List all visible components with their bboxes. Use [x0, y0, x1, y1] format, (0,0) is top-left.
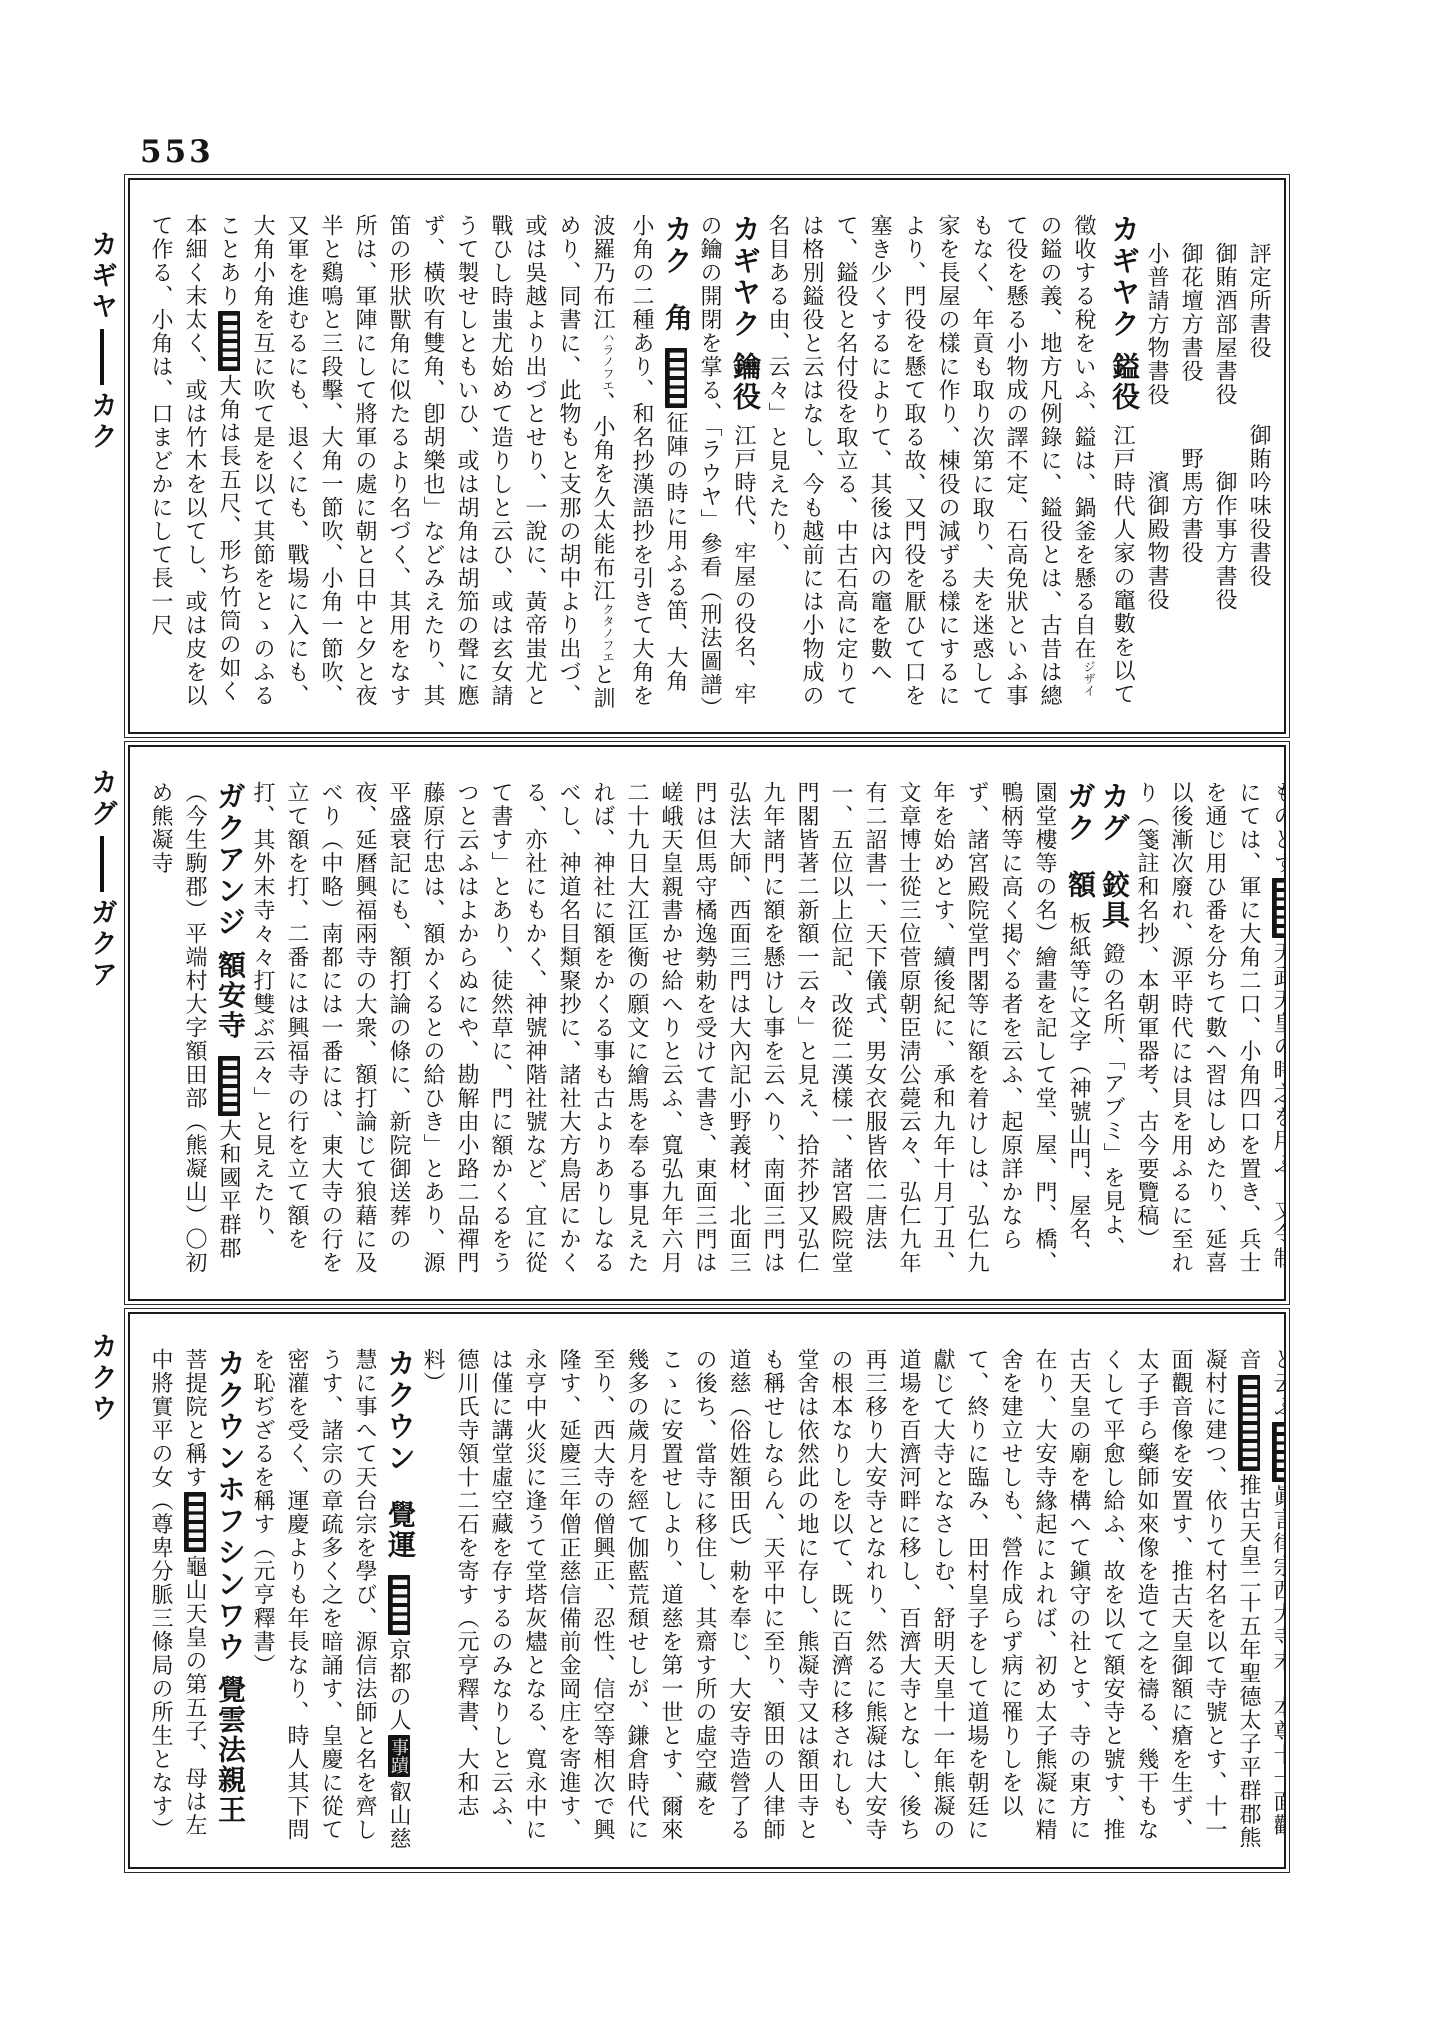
- headword-kanji: 額: [1064, 870, 1095, 900]
- guide-word-range-1: カギヤカク: [82, 230, 122, 453]
- body-text: と訓めり、同書に、此物もと支那の胡中より出づ、或は吳越より出づとせり、一說に、黃…: [217, 214, 616, 710]
- text-band-1: ことを掌る、掌中大概順に左の役員見えたり、 評定所書役御賄吟味役書役 御賄酒部屋…: [128, 178, 1286, 734]
- body-text: 天武天皇の時之を用ふ、又令制にては、軍に大角二口、小角四口を置き、兵士を通じ用ひ…: [1135, 781, 1286, 1275]
- source-category-tag: 〓〓〓〓〓: [1238, 1375, 1260, 1471]
- headword-kana: カグ: [1097, 781, 1129, 844]
- role-name: 野馬方書役: [1179, 447, 1204, 565]
- source-category-tag: 〓〓〓: [388, 1575, 410, 1635]
- ruby-annotation: ハラノフエ: [601, 332, 615, 392]
- dictionary-entry: カク角〓〓〓征陣の時に用ふる笛、大角小角の二種あり、和名抄漢語抄を引きて大角を波…: [144, 214, 693, 716]
- headword-kana: ガク: [1063, 781, 1095, 844]
- guide-word-start: カギヤ: [87, 230, 117, 323]
- headword-kanji: 額安寺: [214, 951, 245, 1041]
- entry-body: 江戸時代人家の竈數を以て徵收する稅をいふ、鎰は、鍋釜を懸る自在ジザイの鎰の義、地…: [766, 214, 1136, 708]
- body-text: ことを掌る、掌中大概順に左の役員見えたり、: [1281, 214, 1286, 708]
- dictionary-entry: ガクアンジ額安寺〓〓〓大和國平群郡（今生駒郡）平端村大字額田部（熊凝山）〇初め熊…: [144, 781, 246, 1283]
- text-band-2: 五寸、竹筒の如く小柄空管をさし込て是を吹くものとす〓〓〓天武天皇の時之を用ふ、又…: [128, 745, 1286, 1301]
- ruby-annotation: クタノフエ: [601, 603, 615, 663]
- guide-word-dash: [100, 329, 104, 385]
- guide-word-dash: [100, 836, 104, 892]
- headword-kana: カク: [660, 214, 692, 277]
- ruby-annotation: ジザイ: [1082, 661, 1096, 697]
- headword-kana: カクウンホフシンワウ: [213, 1348, 245, 1663]
- entry-body: 菩提院と稱す〓〓〓龜山天皇の第五子、母は左中將實平の女（尊卑分脈三條局の所生とな…: [149, 1348, 208, 1842]
- guide-word-end: カク: [87, 391, 117, 453]
- dictionary-entry: カクウンホフシンワウ覺雲法親王菩提院と稱す〓〓〓龜山天皇の第五子、母は左中將實平…: [144, 1348, 246, 1851]
- headword-kana: ガクアンジ: [213, 781, 245, 939]
- page-number: 553: [140, 134, 214, 170]
- source-category-tag: 事蹟: [388, 1735, 410, 1777]
- guide-word-range-3: カクウ: [82, 1332, 122, 1425]
- source-category-tag: 〓〓〓: [665, 348, 687, 408]
- headword-kanji: 覺雲法親王: [214, 1675, 245, 1825]
- body-text: 、小角を久太能布江: [591, 392, 616, 604]
- body-text: の鎰の義、地方凡例錄に、鎰役とは、古昔は總て役を懸る小物成の譯不定、石高免狀とい…: [766, 214, 1063, 708]
- vertical-text-flow: と云ふ〓〓〓眞言律宗西大寺末、本尊十一面觀音〓〓〓〓〓推古天皇二十五年聖德太子平…: [144, 1348, 1286, 1851]
- source-category-tag: 〓〓〓: [218, 311, 240, 371]
- role-pair: 小普請方物書役濱御殿物書役: [1140, 214, 1174, 716]
- dictionary-entry: カグ鉸具鐙の名所、「アブミ」を見よ、: [1096, 781, 1130, 1283]
- source-category-tag: 〓〓〓: [1272, 1422, 1286, 1482]
- continuation-text: ことを掌る、掌中大概順に左の役員見えたり、: [1276, 214, 1286, 716]
- body-text: 推古天皇二十五年聖德太子平群郡熊凝村に建つ、依りて村名を以て寺號とす、十一面觀音…: [421, 1348, 1262, 1850]
- body-text: 菩提院と稱す: [183, 1348, 208, 1489]
- dictionary-entry: ガク額板紙等に文字（神號山門、屋名、園堂樓等の名）繪畫を記して堂、屋、門、橋、鴨…: [246, 781, 1096, 1283]
- guide-word-range-2: カグガクア: [82, 768, 122, 991]
- source-category-tag: 〓〓〓: [218, 1056, 240, 1116]
- vertical-text-flow: 五寸、竹筒の如く小柄空管をさし込て是を吹くものとす〓〓〓天武天皇の時之を用ふ、又…: [144, 781, 1286, 1283]
- headword-kana: カギヤク: [1107, 214, 1139, 340]
- headword-kana: カクウン: [383, 1348, 415, 1474]
- headword-kanji: 鉸具: [1098, 870, 1129, 930]
- dictionary-entry: カクウン覺運〓〓〓京都の人事蹟叡山慈慧に事へて天台宗を學び、源信法師と名を齊しう…: [246, 1348, 416, 1851]
- role-name: 濱御殿物書役: [1145, 471, 1170, 612]
- dictionary-entry: カギヤク鑰役江戸時代、牢屋の役名、牢の鑰の開閉を掌る、「ラウヤ」參看（刑法圖譜）: [693, 214, 761, 716]
- role-pair: 評定所書役御賄吟味役書役: [1242, 214, 1276, 716]
- scanned-dictionary-page: { "page_number": "553", "margin_labels":…: [0, 0, 1440, 2023]
- entry-body: 〓〓〓征陣の時に用ふる笛、大角小角の二種あり、和名抄漢語抄を引きて大角を波羅乃布…: [149, 214, 689, 710]
- continuation-text: と云ふ〓〓〓眞言律宗西大寺末、本尊十一面觀音〓〓〓〓〓推古天皇二十五年聖德太子平…: [416, 1348, 1286, 1851]
- headword-kana: カギヤク: [728, 214, 760, 340]
- role-name: 御作事方書役: [1213, 471, 1238, 612]
- role-name-list: 評定所書役御賄吟味役書役 御賄酒部屋書役御作事方書役 御花壇方書役野馬方書役 小…: [1140, 214, 1276, 716]
- source-category-tag: 〓〓〓: [184, 1492, 206, 1552]
- role-pair: 御花壇方書役野馬方書役: [1174, 214, 1208, 716]
- role-pair: 御賄酒部屋書役御作事方書役: [1208, 214, 1242, 716]
- headword-kanji: 角: [661, 303, 692, 333]
- text-band-3: と云ふ〓〓〓眞言律宗西大寺末、本尊十一面觀音〓〓〓〓〓推古天皇二十五年聖德太子平…: [128, 1312, 1286, 1869]
- role-name: 御賄吟味役書役: [1247, 424, 1272, 589]
- body-text: と云ふ: [1271, 1348, 1286, 1419]
- role-name: 御賄酒部屋書役: [1213, 242, 1238, 407]
- guide-word-start: カクウ: [87, 1332, 117, 1425]
- role-name: 小普請方物書役: [1145, 242, 1170, 407]
- continuation-text: 五寸、竹筒の如く小柄空管をさし込て是を吹くものとす〓〓〓天武天皇の時之を用ふ、又…: [1130, 781, 1286, 1283]
- body-text: 板紙等に文字（神號山門、屋名、園堂樓等の名）繪畫を記して堂、屋、門、橋、鴨柄等に…: [251, 781, 1092, 1275]
- role-name: 評定所書役: [1247, 242, 1272, 360]
- headword-kanji: 覺運: [384, 1500, 415, 1560]
- guide-word-start: カグ: [87, 768, 117, 830]
- source-category-tag: 〓〓〓: [1272, 878, 1286, 938]
- role-name: 御花壇方書役: [1179, 242, 1204, 383]
- body-text: 京都の人: [387, 1638, 412, 1732]
- headword-kanji: 鑰役: [729, 352, 760, 412]
- body-text: 鐙の名所、「アブミ」を見よ、: [1101, 942, 1126, 1260]
- dictionary-entry: カギヤク鎰役江戸時代人家の竈數を以て徵收する稅をいふ、鎰は、鍋釜を懸る自在ジザイ…: [761, 214, 1140, 716]
- guide-word-end: ガクア: [87, 898, 117, 991]
- headword-kanji: 鎰役: [1108, 352, 1139, 412]
- entry-body: 板紙等に文字（神號山門、屋名、園堂樓等の名）繪畫を記して堂、屋、門、橋、鴨柄等に…: [251, 781, 1092, 1275]
- vertical-text-flow: ことを掌る、掌中大概順に左の役員見えたり、 評定所書役御賄吟味役書役 御賄酒部屋…: [144, 214, 1286, 716]
- entry-body: 鐙の名所、「アブミ」を見よ、: [1101, 942, 1126, 1260]
